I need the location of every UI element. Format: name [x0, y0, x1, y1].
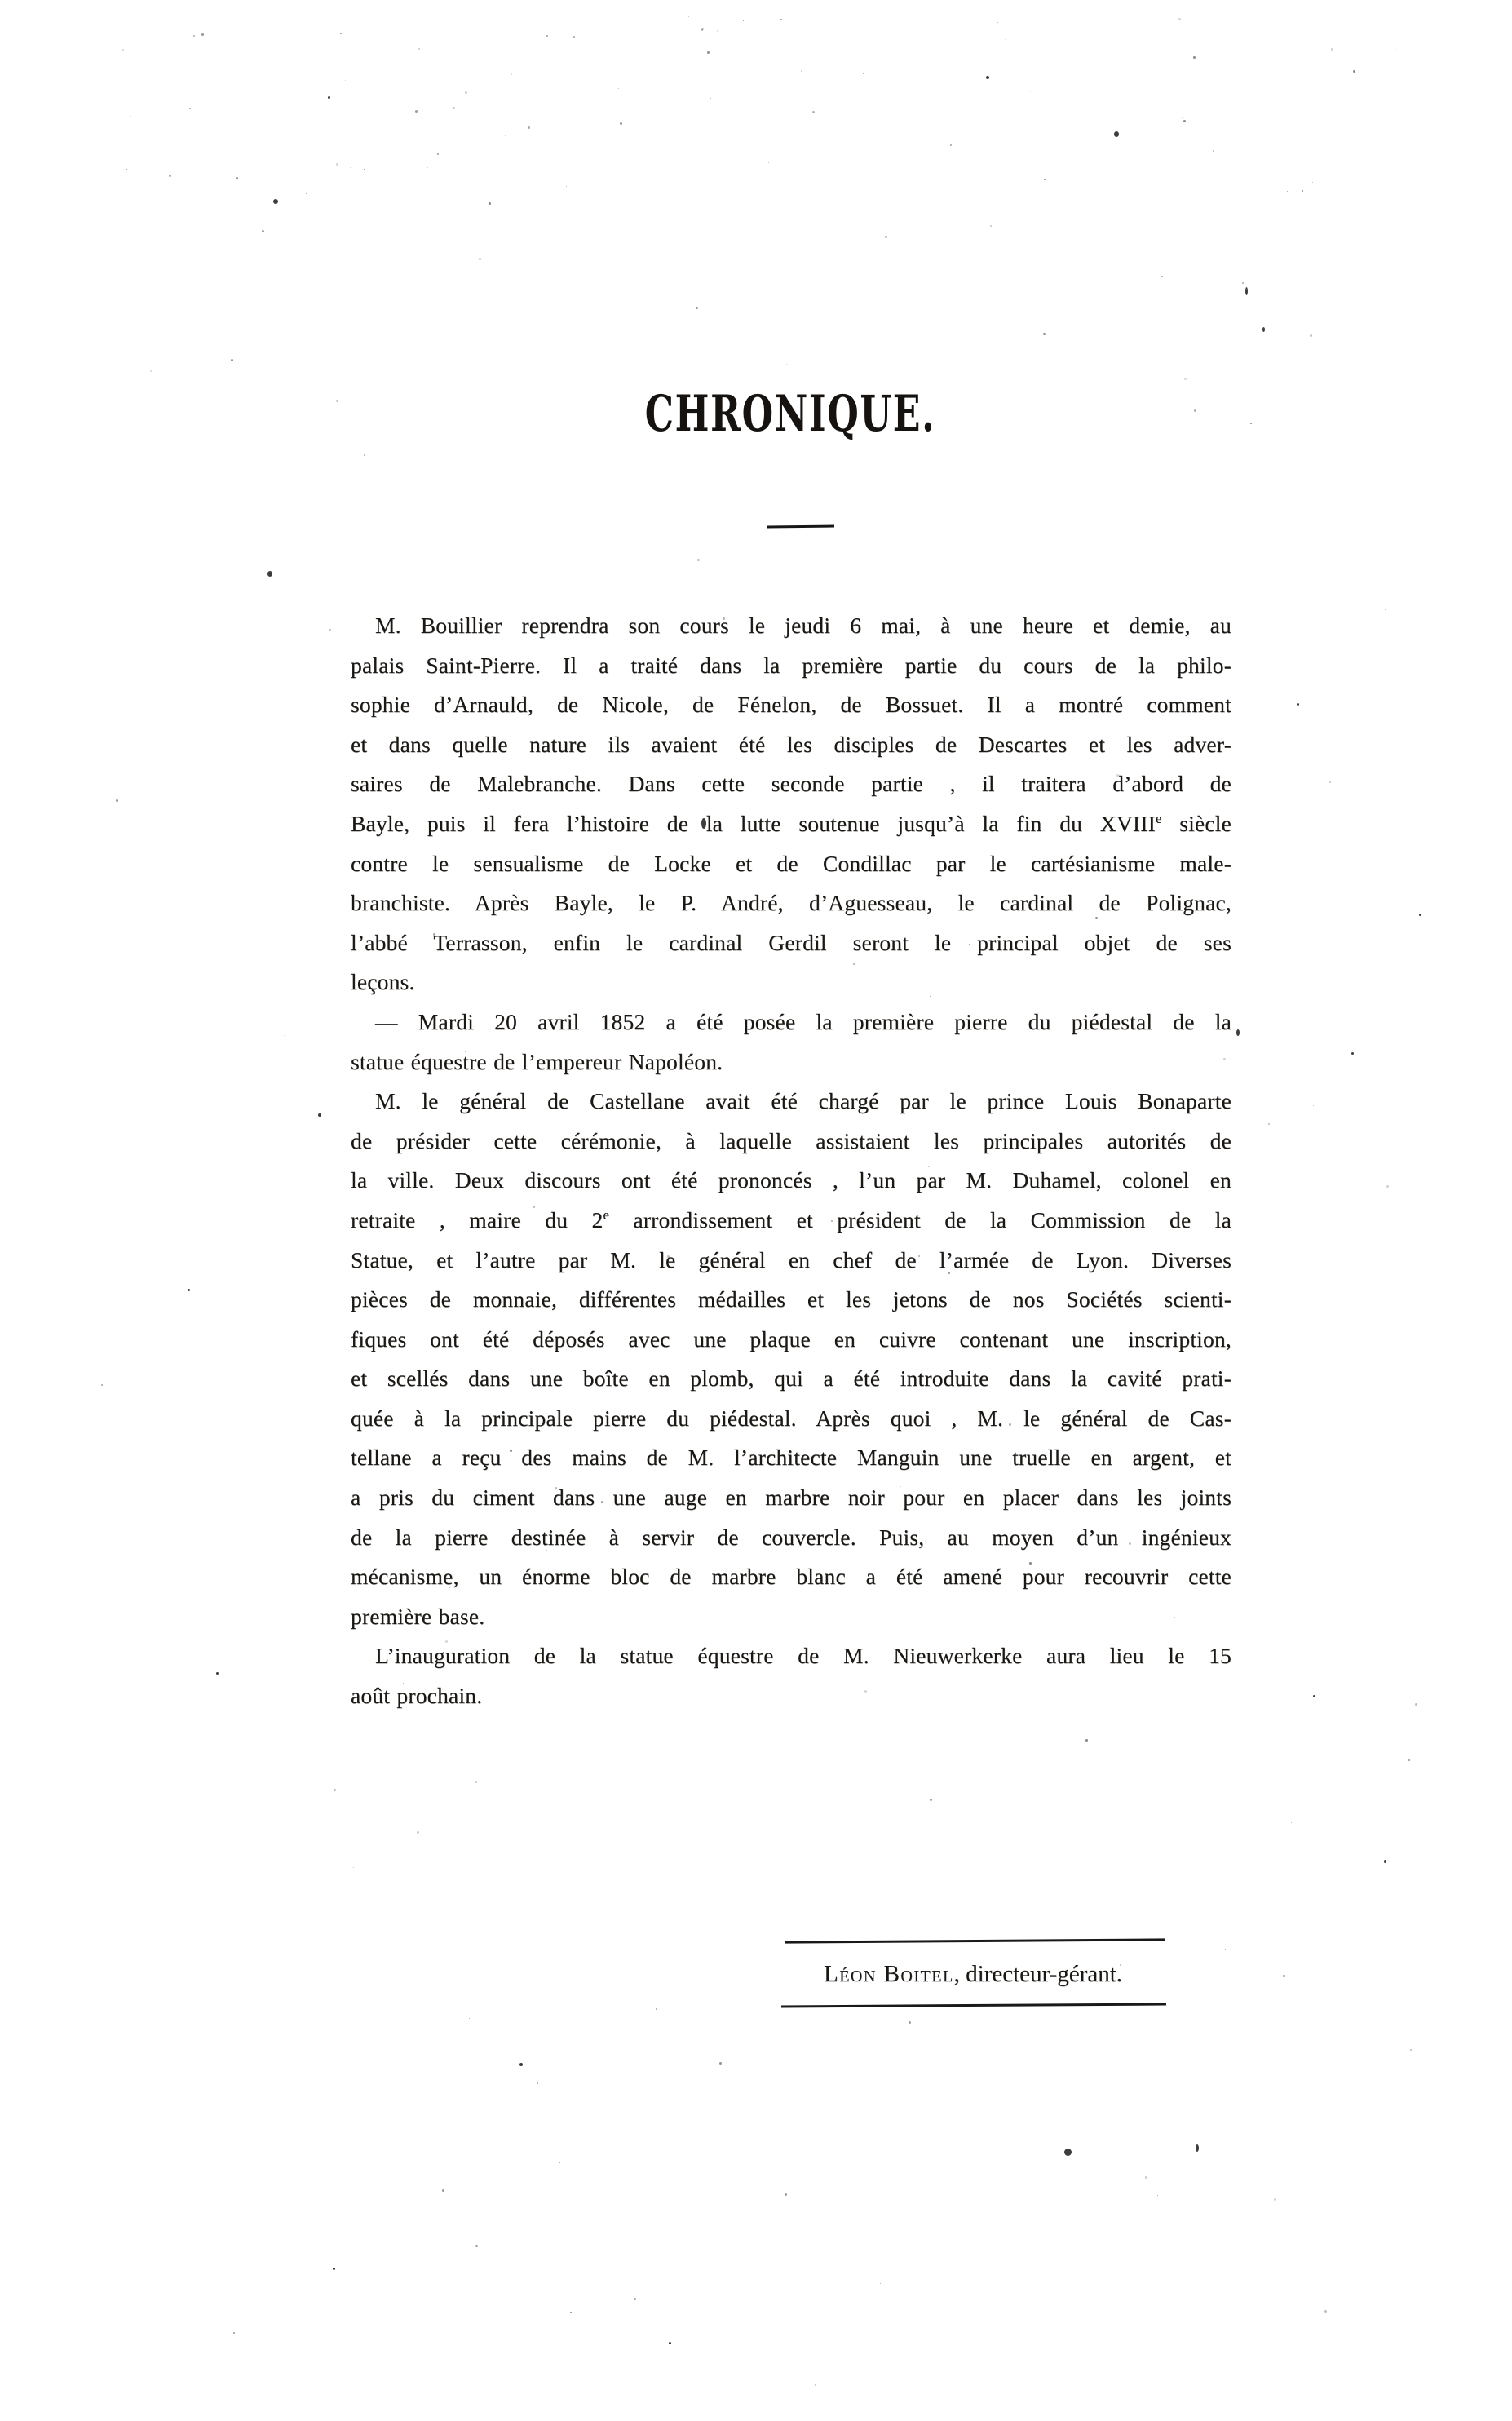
scan-noise-dot	[969, 944, 970, 945]
text-line: sophie d’Arnauld, de Nicole, de Fénelon,…	[351, 685, 1231, 725]
text-line: leçons.	[351, 963, 1231, 1002]
text-line: Statue, et l’autre par M. le général en …	[351, 1241, 1231, 1281]
text-line: et scellés dans une boîte en plomb, qui …	[351, 1359, 1231, 1399]
scan-noise-dot	[465, 91, 467, 94]
scan-noise-dot	[696, 307, 698, 309]
scan-noise-dot	[479, 258, 481, 260]
scan-speck	[1245, 287, 1248, 295]
scan-noise-dot	[688, 16, 689, 17]
scan-noise-dot	[1302, 190, 1303, 192]
scan-noise-dot	[710, 98, 711, 99]
text-line: tellane a reçu des mains de M. l’archite…	[351, 1438, 1231, 1478]
scan-noise-dot	[622, 1660, 625, 1662]
scan-speck	[1114, 131, 1119, 137]
scan-noise-dot	[1242, 282, 1244, 284]
scan-noise-dot	[785, 2193, 787, 2196]
scan-noise-dot	[618, 88, 619, 89]
text-line: première base.	[351, 1597, 1231, 1637]
scan-noise-dot	[345, 80, 346, 81]
text-line: l’abbé Terrasson, enfin le cardinal Gerd…	[351, 923, 1231, 963]
text-line: a pris du ciment dans une auge en marbre…	[351, 1478, 1231, 1518]
scan-noise-dot	[1329, 781, 1331, 783]
scan-noise-dot	[388, 1078, 389, 1078]
scan-noise-dot	[1120, 1964, 1121, 1966]
scan-noise-dot	[1324, 2310, 1327, 2313]
scan-noise-dot	[1386, 1185, 1389, 1188]
scan-speck	[1064, 2149, 1072, 2156]
scan-noise-dot	[433, 933, 435, 936]
scan-speck	[1236, 1029, 1240, 1036]
article-body: M. Bouillier reprendra son cours le jeud…	[351, 606, 1231, 1716]
scan-noise-dot	[1005, 39, 1006, 40]
scan-noise-dot	[1145, 2176, 1147, 2179]
text-line: de présider cette cérémonie, à laquelle …	[351, 1122, 1231, 1162]
scan-noise-dot	[1185, 660, 1186, 661]
scan-noise-dot	[418, 48, 420, 50]
signature-rule-bottom	[781, 2003, 1166, 2008]
scan-noise-dot	[1125, 116, 1125, 117]
scan-noise-dot	[559, 2162, 560, 2163]
scan-noise-dot	[655, 29, 656, 29]
scan-noise-dot	[1310, 38, 1311, 38]
scan-noise-dot	[950, 144, 952, 146]
scan-noise-dot	[533, 1206, 535, 1208]
scan-noise-dot	[1395, 49, 1396, 50]
scan-noise-dot	[656, 2008, 657, 2010]
scan-noise-dot	[262, 230, 264, 232]
scan-noise-dot	[864, 1690, 867, 1693]
scan-noise-dot	[364, 169, 365, 170]
scan-noise-dot	[1331, 48, 1333, 51]
scan-noise-dot	[601, 1501, 603, 1503]
scan-noise-dot	[1274, 2198, 1276, 2201]
scan-speck	[1196, 2144, 1199, 2152]
scan-noise-dot	[780, 19, 782, 20]
scan-noise-dot	[1193, 56, 1196, 59]
scan-noise-dot	[546, 1550, 547, 1551]
scan-noise-dot	[621, 603, 621, 604]
scan-noise-dot	[1213, 150, 1214, 152]
scan-speck	[267, 571, 272, 577]
scan-noise-dot	[717, 30, 718, 32]
scan-noise-dot	[570, 2312, 572, 2313]
text-line: août prochain.	[351, 1676, 1231, 1716]
scan-noise-dot	[193, 35, 195, 37]
text-line: fiques ont été déposés avec une plaque e…	[351, 1320, 1231, 1360]
scan-noise-dot	[427, 167, 428, 168]
scan-speck	[1351, 1052, 1354, 1055]
text-line: palais Saint-Pierre. Il a traité dans la…	[351, 646, 1231, 686]
scan-noise-dot	[831, 1220, 833, 1222]
text-line: et dans quelle nature ils avaient été le…	[351, 725, 1231, 765]
signature-rule-top	[785, 1938, 1165, 1943]
scan-noise-dot	[334, 1789, 336, 1791]
title-divider-rule	[767, 524, 834, 528]
scan-noise-dot	[1112, 119, 1112, 120]
text-line: branchiste. Après Bayle, le P. André, d’…	[351, 883, 1231, 923]
scan-noise-dot	[1129, 1542, 1131, 1545]
scan-noise-dot	[353, 1867, 354, 1868]
scan-noise-dot	[1291, 1822, 1292, 1823]
scan-noise-dot	[449, 1587, 450, 1588]
scan-noise-dot	[329, 629, 331, 631]
scan-noise-dot	[1161, 276, 1163, 277]
scan-noise-dot	[723, 617, 725, 620]
scan-noise-dot	[1283, 1975, 1285, 1977]
scan-noise-dot	[122, 49, 124, 51]
scan-noise-dot	[510, 1450, 512, 1452]
scan-noise-dot	[909, 2021, 911, 2024]
scan-noise-dot	[930, 1799, 932, 1801]
scan-noise-dot	[880, 2283, 881, 2284]
scan-noise-dot	[201, 33, 204, 36]
text-line: la ville. Deux discours ont été prononcé…	[351, 1161, 1231, 1201]
scan-noise-dot	[1410, 2049, 1412, 2051]
scan-noise-dot	[667, 1255, 670, 1258]
scan-speck	[273, 199, 278, 204]
scan-noise-dot	[1178, 18, 1181, 20]
scan-noise-dot	[743, 20, 744, 21]
scan-noise-dot	[1184, 378, 1187, 380]
scan-noise-dot	[707, 51, 710, 54]
scan-noise-dot	[284, 1035, 285, 1036]
scan-noise-dot	[306, 193, 307, 194]
text-line: Bayle, puis il fera l’histoire de la lut…	[351, 804, 1231, 844]
scan-noise-dot	[169, 175, 171, 177]
scan-noise-dot	[573, 36, 575, 38]
scan-noise-dot	[126, 169, 127, 170]
scan-noise-dot	[634, 2298, 636, 2300]
scan-noise-dot	[1194, 409, 1196, 412]
text-line: statue équestre de l’empereur Napoléon.	[351, 1042, 1231, 1082]
scan-noise-dot	[1408, 1759, 1410, 1761]
scan-noise-dot	[1085, 1739, 1088, 1742]
scan-noise-dot	[1310, 334, 1312, 337]
scan-noise-dot	[1186, 1480, 1187, 1480]
scan-noise-dot	[1029, 1562, 1032, 1565]
scan-noise-dot	[336, 163, 338, 166]
scan-noise-dot	[997, 22, 998, 23]
text-line: mécanisme, un énorme bloc de marbre blan…	[351, 1557, 1231, 1597]
text-line: pièces de monnaie, différentes médailles…	[351, 1280, 1231, 1320]
scan-speck	[669, 2342, 671, 2344]
text-line: saires de Malebranche. Dans cette second…	[351, 764, 1231, 804]
signature-role: , directeur-gérant.	[954, 1961, 1122, 1987]
scan-speck	[519, 2063, 523, 2066]
scan-noise-dot	[387, 33, 388, 33]
scan-noise-dot	[1287, 191, 1288, 192]
scan-noise-dot	[812, 111, 815, 113]
text-line: M. Bouillier reprendra son cours le jeud…	[351, 606, 1231, 646]
scan-noise-dot	[150, 370, 152, 372]
scan-noise-dot	[1157, 2195, 1158, 2196]
scan-noise-dot	[928, 1166, 930, 1167]
scan-noise-dot	[249, 1928, 250, 1928]
scan-noise-dot	[1313, 1105, 1314, 1106]
scan-noise-dot	[697, 559, 700, 561]
scan-speck	[1297, 703, 1299, 706]
scan-noise-dot	[1108, 2167, 1109, 2167]
scan-noise-dot	[444, 135, 444, 135]
scan-noise-dot	[620, 122, 622, 125]
scan-noise-dot	[101, 1384, 103, 1386]
scan-noise-dot	[1174, 1617, 1175, 1618]
scan-speck	[1262, 327, 1265, 332]
scan-noise-dot	[885, 236, 887, 238]
scan-noise-dot	[445, 1640, 448, 1643]
scan-noise-dot	[505, 135, 506, 136]
signature-text: Léon Boitel, directeur-gérant.	[776, 1956, 1169, 1992]
scan-noise-dot	[1030, 91, 1031, 92]
scan-noise-dot	[1183, 120, 1186, 122]
scan-noise-dot	[768, 162, 769, 163]
scan-noise-dot	[489, 202, 491, 205]
scan-speck	[1419, 914, 1421, 916]
scan-noise-dot	[511, 73, 512, 75]
scan-noise-dot	[189, 108, 191, 109]
scan-noise-dot	[546, 35, 548, 37]
text-line: de la pierre destinée à servir de couver…	[351, 1518, 1231, 1558]
scan-noise-dot	[1223, 1058, 1226, 1060]
scan-noise-dot	[469, 2018, 470, 2019]
scan-noise-dot	[130, 116, 131, 117]
text-line: L’inauguration de la statue équestre de …	[351, 1636, 1231, 1676]
scan-noise-dot	[990, 225, 992, 227]
scan-speck	[986, 76, 989, 79]
scan-noise-dot	[1043, 333, 1046, 335]
page-title: CHRONIQUE.	[428, 387, 1152, 441]
scan-noise-dot	[1009, 1423, 1011, 1426]
scan-noise-dot	[948, 1272, 950, 1274]
scanned-page: CHRONIQUE. M. Bouillier reprendra son co…	[0, 0, 1512, 2421]
scan-noise-dot	[533, 113, 533, 113]
scan-noise-dot	[1182, 117, 1183, 118]
scan-noise-dot	[930, 996, 931, 997]
scan-noise-dot	[719, 2062, 722, 2065]
scan-noise-dot	[918, 1255, 920, 1257]
text-line: retraite , maire du 2e arrondissement et…	[351, 1201, 1231, 1241]
signature-name: Léon Boitel	[824, 1961, 954, 1987]
scan-noise-dot	[537, 2082, 538, 2084]
scan-noise-dot	[415, 110, 418, 113]
scan-noise-dot	[555, 1487, 557, 1489]
scan-noise-dot	[116, 799, 118, 802]
scan-noise-dot	[528, 126, 530, 129]
scan-speck	[1384, 1860, 1386, 1863]
scan-speck	[701, 818, 706, 829]
scan-noise-dot	[853, 963, 855, 965]
scan-noise-dot	[336, 400, 338, 402]
text-line: contre le sensualisme de Locke et de Con…	[351, 844, 1231, 884]
scan-noise-dot	[475, 2245, 478, 2247]
scan-speck	[328, 96, 330, 99]
scan-noise-dot	[1225, 1949, 1226, 1950]
scan-noise-dot	[801, 70, 802, 72]
scan-noise-dot	[403, 1683, 404, 1684]
scan-noise-dot	[437, 153, 439, 155]
scan-noise-dot	[701, 29, 703, 31]
scan-noise-dot	[453, 107, 455, 109]
scan-noise-dot	[661, 1661, 664, 1663]
scan-noise-dot	[1385, 609, 1386, 610]
scan-speck	[188, 1289, 190, 1291]
scan-noise-dot	[900, 1486, 901, 1487]
scan-noise-dot	[104, 108, 105, 108]
text-line: quée à la principale pierre du piédestal…	[351, 1399, 1231, 1439]
scan-noise-dot	[815, 2384, 816, 2386]
scan-noise-dot	[919, 1463, 922, 1465]
scan-noise-dot	[340, 33, 342, 34]
scan-noise-dot	[1250, 423, 1252, 424]
scan-noise-dot	[364, 454, 365, 456]
scan-noise-dot	[233, 2332, 235, 2334]
scan-speck	[333, 2268, 335, 2270]
scan-speck	[318, 1113, 321, 1117]
scan-noise-dot	[417, 1831, 419, 1834]
scan-noise-dot	[465, 1051, 466, 1052]
scan-noise-dot	[350, 167, 351, 168]
scan-noise-dot	[231, 359, 233, 361]
scan-noise-dot	[863, 73, 864, 74]
scan-noise-dot	[786, 364, 787, 365]
scan-speck	[216, 1672, 219, 1675]
scan-noise-dot	[1116, 774, 1119, 777]
text-line: — Mardi 20 avril 1852 a été posée la pre…	[351, 1002, 1231, 1042]
scan-noise-dot	[475, 1781, 477, 1783]
scan-noise-dot	[442, 2189, 444, 2192]
scan-speck	[1313, 1695, 1315, 1697]
scan-noise-dot	[566, 186, 567, 187]
scan-noise-dot	[1268, 1123, 1270, 1125]
text-line: M. le général de Castellane avait été ch…	[351, 1082, 1231, 1122]
scan-noise-dot	[1095, 917, 1098, 919]
scan-noise-dot	[1312, 182, 1313, 183]
scan-noise-dot	[1415, 1703, 1417, 1706]
scan-noise-dot	[236, 177, 238, 179]
scan-noise-dot	[1353, 70, 1355, 73]
scan-noise-dot	[1044, 179, 1046, 180]
